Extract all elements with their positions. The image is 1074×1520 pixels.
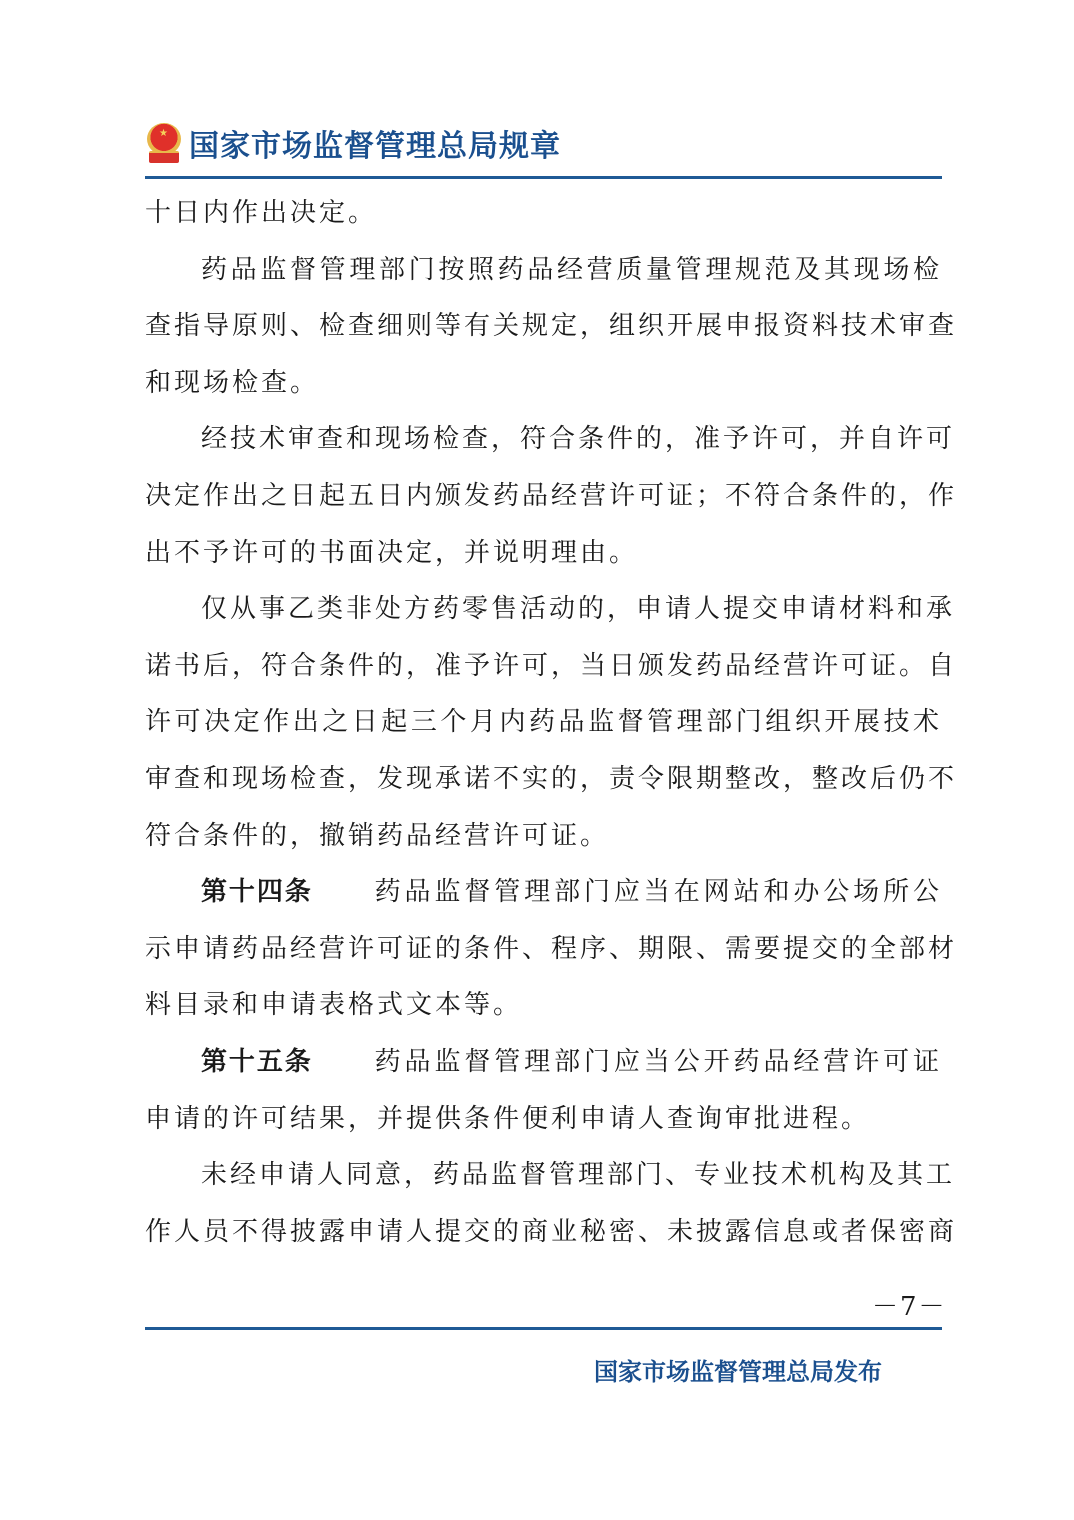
publisher-label: 国家市场监督管理总局发布 [594,1352,882,1387]
document-header: ★ 国家市场监督管理总局规章 [145,118,561,168]
text-line: 申请的许可结果，并提供条件便利申请人查询审批进程。 [145,1091,942,1148]
article-line: 第十五条药品监督管理部门应当公开药品经营许可证 [145,1034,942,1091]
line-text: 料目录和申请表格式文本等。 [145,990,522,1020]
national-emblem-icon: ★ [145,123,183,163]
article-line: 第十四条药品监督管理部门应当在网站和办公场所公 [145,864,942,921]
header-title: 国家市场监督管理总局规章 [189,121,561,165]
text-line: 诺书后，符合条件的，准予许可，当日颁发药品经营许可证。自 [145,638,942,695]
line-text: 和现场检查。 [145,368,319,398]
line-text: 药品监督管理部门按照药品经营质量管理规范及其现场检 [201,255,942,285]
line-text: 申请的许可结果，并提供条件便利申请人查询审批进程。 [145,1104,870,1134]
line-text: 仅从事乙类非处方药零售活动的，申请人提交申请材料和承 [201,594,955,624]
line-text: 诺书后，符合条件的，准予许可，当日颁发药品经营许可证。自 [145,651,957,681]
line-text: 作人员不得披露申请人提交的商业秘密、未披露信息或者保密商 [145,1217,957,1247]
text-line: 未经申请人同意，药品监督管理部门、专业技术机构及其工 [145,1147,942,1204]
line-text: 药品监督管理部门应当公开药品经营许可证 [375,1047,942,1077]
line-text: 符合条件的，撤销药品经营许可证。 [145,821,609,851]
header-divider [145,176,942,179]
text-line: 药品监督管理部门按照药品经营质量管理规范及其现场检 [145,242,942,299]
text-line: 料目录和申请表格式文本等。 [145,977,942,1034]
line-text: 十日内作出决定。 [145,198,377,228]
text-line: 示申请药品经营许可证的条件、程序、期限、需要提交的全部材 [145,921,942,978]
footer-divider [145,1327,942,1330]
line-text: 药品监督管理部门应当在网站和办公场所公 [375,877,942,907]
page-number: －7－ [872,1286,947,1323]
line-text: 审查和现场检查，发现承诺不实的，责令限期整改，整改后仍不 [145,764,957,794]
text-line: 经技术审查和现场检查，符合条件的，准予许可，并自许可 [145,411,942,468]
text-line: 作人员不得披露申请人提交的商业秘密、未披露信息或者保密商 [145,1204,942,1261]
text-line: 仅从事乙类非处方药零售活动的，申请人提交申请材料和承 [145,581,942,638]
text-line: 决定作出之日起五日内颁发药品经营许可证；不符合条件的，作 [145,468,942,525]
line-text: 经技术审查和现场检查，符合条件的，准予许可，并自许可 [201,424,955,454]
text-line: 查指导原则、检查细则等有关规定，组织开展申报资料技术审查 [145,298,942,355]
text-line: 十日内作出决定。 [145,185,942,242]
text-line: 审查和现场检查，发现承诺不实的，责令限期整改，整改后仍不 [145,751,942,808]
article-number: 第十四条 [201,877,313,907]
text-line: 符合条件的，撤销药品经营许可证。 [145,808,942,865]
text-line: 出不予许可的书面决定，并说明理由。 [145,525,942,582]
line-text: 许可决定作出之日起三个月内药品监督管理部门组织开展技术 [145,707,942,737]
line-text: 决定作出之日起五日内颁发药品经营许可证；不符合条件的，作 [145,481,957,511]
document-body: 十日内作出决定。药品监督管理部门按照药品经营质量管理规范及其现场检查指导原则、检… [145,185,942,1260]
article-number: 第十五条 [201,1047,313,1077]
line-text: 查指导原则、检查细则等有关规定，组织开展申报资料技术审查 [145,311,957,341]
line-text: 出不予许可的书面决定，并说明理由。 [145,538,638,568]
line-text: 未经申请人同意，药品监督管理部门、专业技术机构及其工 [201,1160,955,1190]
line-text: 示申请药品经营许可证的条件、程序、期限、需要提交的全部材 [145,934,957,964]
text-line: 和现场检查。 [145,355,942,412]
text-line: 许可决定作出之日起三个月内药品监督管理部门组织开展技术 [145,694,942,751]
